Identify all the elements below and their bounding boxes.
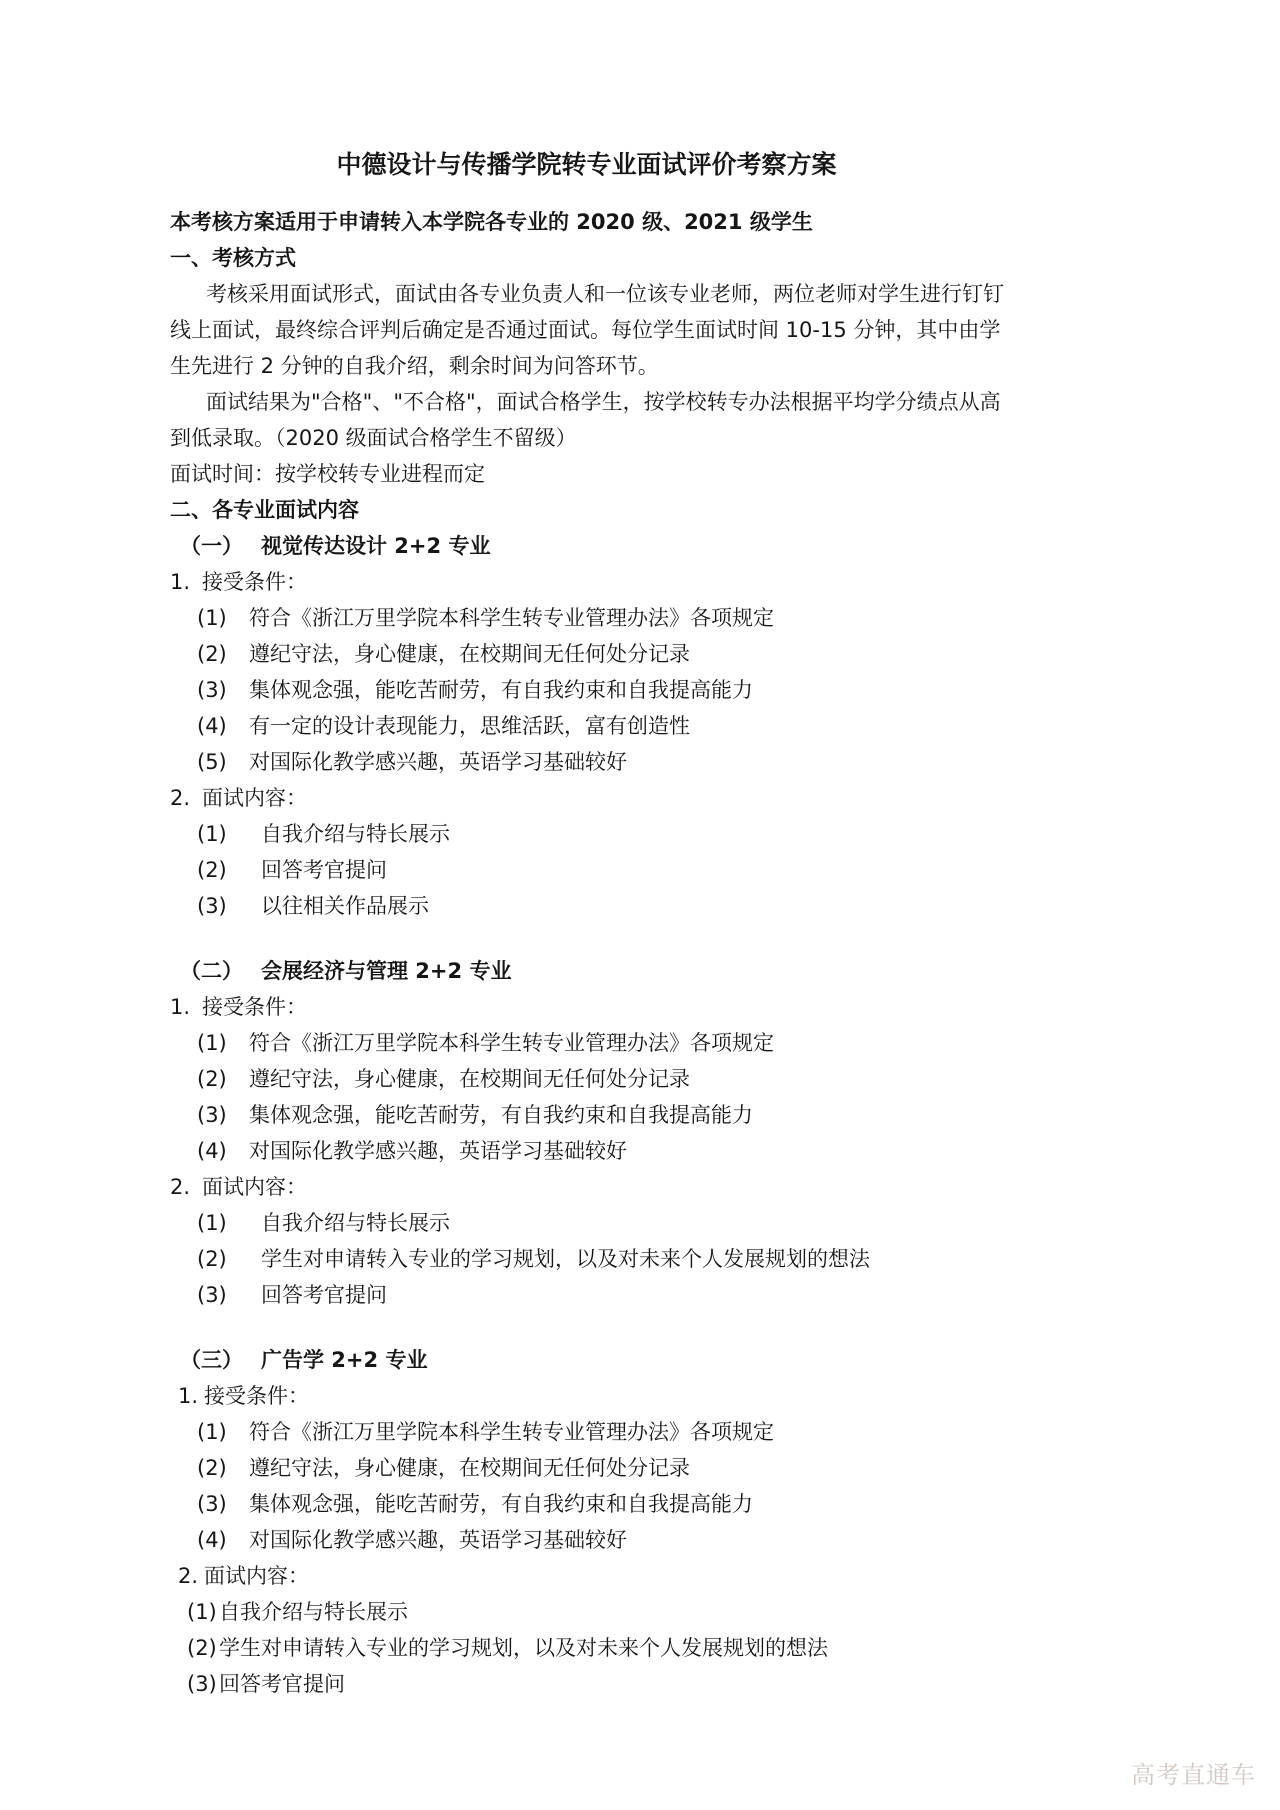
list-item-text: 对国际化教学感兴趣，英语学习基础较好 <box>249 744 627 780</box>
list-item-number: (3) <box>197 1486 249 1522</box>
list-item-text: 回答考官提问 <box>261 852 387 888</box>
list-item: (1) 自我介绍与特长展示 <box>170 1594 1115 1630</box>
list-label-text: 面试内容： <box>202 1169 307 1205</box>
list-item-text: 集体观念强，能吃苦耐劳，有自我约束和自我提高能力 <box>249 1097 753 1133</box>
major-heading-text: 广告学 2+2 专业 <box>261 1342 427 1378</box>
list-label-number: 1. <box>178 1378 204 1414</box>
list-item-text: 自我介绍与特长展示 <box>261 816 450 852</box>
list-item-text: 遵纪守法，身心健康，在校期间无任何处分记录 <box>249 1450 690 1486</box>
document-page: 中德设计与传播学院转专业面试评价考察方案 本考核方案适用于申请转入本学院各专业的… <box>0 0 1280 1810</box>
major-block-1: （一） 视觉传达设计 2+2 专业 1. 接受条件： (1) 符合《浙江万里学院… <box>170 528 1115 924</box>
major-heading-number: （二） <box>180 953 243 989</box>
list-label-text: 面试内容： <box>204 1558 309 1594</box>
list-item-number: (3) <box>197 1097 249 1133</box>
list-item-number: (2) <box>197 1241 261 1277</box>
list-item: (4) 有一定的设计表现能力，思维活跃，富有创造性 <box>170 708 1115 744</box>
list-item: (2) 遵纪守法，身心健康，在校期间无任何处分记录 <box>170 1450 1115 1486</box>
list-item-number: (1) <box>197 816 261 852</box>
list-item: (3) 回答考官提问 <box>170 1666 1115 1702</box>
list-label-text: 接受条件： <box>204 1378 309 1414</box>
content-label-row: 2. 面试内容： <box>170 1558 1115 1594</box>
spacer <box>170 1313 1115 1342</box>
intro-line: 本考核方案适用于申请转入本学院各专业的 2020 级、2021 级学生 <box>170 204 1115 240</box>
major-heading-number: （三） <box>180 1342 243 1378</box>
paragraph-line: 考核采用面试形式，面试由各专业负责人和一位该专业老师，两位老师对学生进行钉钉 <box>170 276 1115 312</box>
paragraph-line: 生先进行 2 分钟的自我介绍，剩余时间为问答环节。 <box>170 348 1115 384</box>
list-item-text: 回答考官提问 <box>261 1277 387 1313</box>
list-item: (1) 自我介绍与特长展示 <box>170 816 1115 852</box>
list-item-number: (1) <box>197 1025 249 1061</box>
spacer <box>170 924 1115 953</box>
list-item: (3) 以往相关作品展示 <box>170 888 1115 924</box>
list-item-text: 学生对申请转入专业的学习规划，以及对未来个人发展规划的想法 <box>261 1241 870 1277</box>
major-block-2: （二） 会展经济与管理 2+2 专业 1. 接受条件： (1) 符合《浙江万里学… <box>170 953 1115 1313</box>
list-label-number: 1. <box>170 564 202 600</box>
list-item: (4) 对国际化教学感兴趣，英语学习基础较好 <box>170 1522 1115 1558</box>
list-item: (3) 集体观念强，能吃苦耐劳，有自我约束和自我提高能力 <box>170 672 1115 708</box>
major-heading-text: 会展经济与管理 2+2 专业 <box>261 953 511 989</box>
list-label-number: 2. <box>170 780 202 816</box>
list-item-text: 对国际化教学感兴趣，英语学习基础较好 <box>249 1133 627 1169</box>
list-label-text: 接受条件： <box>202 989 307 1025</box>
list-item: (3) 集体观念强，能吃苦耐劳，有自我约束和自我提高能力 <box>170 1486 1115 1522</box>
list-item-number: (3) <box>197 888 261 924</box>
list-item-number: (3) <box>197 1277 261 1313</box>
interview-time-line: 面试时间：按学校转专业进程而定 <box>170 456 1115 492</box>
list-item: (2) 遵纪守法，身心健康，在校期间无任何处分记录 <box>170 1061 1115 1097</box>
list-item-number: (2) <box>197 1450 249 1486</box>
paragraph-line: 线上面试，最终综合评判后确定是否通过面试。每位学生面试时间 10-15 分钟，其… <box>170 312 1115 348</box>
list-item-text: 集体观念强，能吃苦耐劳，有自我约束和自我提高能力 <box>249 672 753 708</box>
list-item: (2) 学生对申请转入专业的学习规划，以及对未来个人发展规划的想法 <box>170 1630 1115 1666</box>
list-item-number: (1) <box>197 600 249 636</box>
accept-label-row: 1. 接受条件： <box>170 564 1115 600</box>
watermark: 高考直通车 <box>1131 1755 1256 1790</box>
section-one-heading: 一、考核方式 <box>170 240 1115 276</box>
paragraph-line: 面试结果为"合格"、"不合格"，面试合格学生，按学校转专办法根据平均学分绩点从高 <box>170 384 1115 420</box>
list-item: (1) 符合《浙江万里学院本科学生转专业管理办法》各项规定 <box>170 600 1115 636</box>
list-item-text: 遵纪守法，身心健康，在校期间无任何处分记录 <box>249 636 690 672</box>
list-item-number: (4) <box>197 708 249 744</box>
list-item-number: (1) <box>187 1594 219 1630</box>
list-item-text: 符合《浙江万里学院本科学生转专业管理办法》各项规定 <box>249 1025 774 1061</box>
list-item-text: 符合《浙江万里学院本科学生转专业管理办法》各项规定 <box>249 1414 774 1450</box>
list-item-number: (2) <box>187 1630 219 1666</box>
list-label-text: 面试内容： <box>202 780 307 816</box>
list-item: (1) 符合《浙江万里学院本科学生转专业管理办法》各项规定 <box>170 1414 1115 1450</box>
content-label-row: 2. 面试内容： <box>170 1169 1115 1205</box>
accept-label-row: 1. 接受条件： <box>170 989 1115 1025</box>
paragraph-line: 到低录取。（2020 级面试合格学生不留级） <box>170 420 1115 456</box>
list-item-text: 自我介绍与特长展示 <box>261 1205 450 1241</box>
major-heading-number: （一） <box>180 528 243 564</box>
list-item: (1) 符合《浙江万里学院本科学生转专业管理办法》各项规定 <box>170 1025 1115 1061</box>
list-item-text: 以往相关作品展示 <box>261 888 429 924</box>
list-item-text: 遵纪守法，身心健康，在校期间无任何处分记录 <box>249 1061 690 1097</box>
list-item-text: 符合《浙江万里学院本科学生转专业管理办法》各项规定 <box>249 600 774 636</box>
list-item-number: (5) <box>197 744 249 780</box>
list-item: (3) 回答考官提问 <box>170 1277 1115 1313</box>
list-label-number: 1. <box>170 989 202 1025</box>
document-content: 中德设计与传播学院转专业面试评价考察方案 本考核方案适用于申请转入本学院各专业的… <box>170 146 1115 1702</box>
list-item: (3) 集体观念强，能吃苦耐劳，有自我约束和自我提高能力 <box>170 1097 1115 1133</box>
list-item-number: (3) <box>187 1666 219 1702</box>
content-label-row: 2. 面试内容： <box>170 780 1115 816</box>
list-label-number: 2. <box>170 1169 202 1205</box>
major-block-3: （三） 广告学 2+2 专业 1. 接受条件： (1) 符合《浙江万里学院本科学… <box>170 1342 1115 1702</box>
list-item-text: 学生对申请转入专业的学习规划，以及对未来个人发展规划的想法 <box>219 1630 828 1666</box>
list-label-text: 接受条件： <box>202 564 307 600</box>
list-item-number: (1) <box>197 1414 249 1450</box>
list-item-number: (2) <box>197 1061 249 1097</box>
major-heading-text: 视觉传达设计 2+2 专业 <box>261 528 490 564</box>
list-item-text: 自我介绍与特长展示 <box>219 1594 408 1630</box>
list-item-number: (1) <box>197 1205 261 1241</box>
list-item: (2) 回答考官提问 <box>170 852 1115 888</box>
list-item-number: (4) <box>197 1133 249 1169</box>
list-item: (1) 自我介绍与特长展示 <box>170 1205 1115 1241</box>
list-item-text: 回答考官提问 <box>219 1666 345 1702</box>
major-heading: （二） 会展经济与管理 2+2 专业 <box>170 953 1115 989</box>
list-item-number: (2) <box>197 852 261 888</box>
accept-label-row: 1. 接受条件： <box>170 1378 1115 1414</box>
list-item: (4) 对国际化教学感兴趣，英语学习基础较好 <box>170 1133 1115 1169</box>
list-item: (2) 学生对申请转入专业的学习规划，以及对未来个人发展规划的想法 <box>170 1241 1115 1277</box>
list-item: (2) 遵纪守法，身心健康，在校期间无任何处分记录 <box>170 636 1115 672</box>
list-label-number: 2. <box>178 1558 204 1594</box>
page-title: 中德设计与传播学院转专业面试评价考察方案 <box>170 146 1115 184</box>
list-item-number: (4) <box>197 1522 249 1558</box>
list-item: (5) 对国际化教学感兴趣，英语学习基础较好 <box>170 744 1115 780</box>
list-item-number: (2) <box>197 636 249 672</box>
major-heading: （三） 广告学 2+2 专业 <box>170 1342 1115 1378</box>
major-heading: （一） 视觉传达设计 2+2 专业 <box>170 528 1115 564</box>
list-item-text: 有一定的设计表现能力，思维活跃，富有创造性 <box>249 708 690 744</box>
section-two-heading: 二、各专业面试内容 <box>170 492 1115 528</box>
list-item-text: 集体观念强，能吃苦耐劳，有自我约束和自我提高能力 <box>249 1486 753 1522</box>
list-item-number: (3) <box>197 672 249 708</box>
list-item-text: 对国际化教学感兴趣，英语学习基础较好 <box>249 1522 627 1558</box>
